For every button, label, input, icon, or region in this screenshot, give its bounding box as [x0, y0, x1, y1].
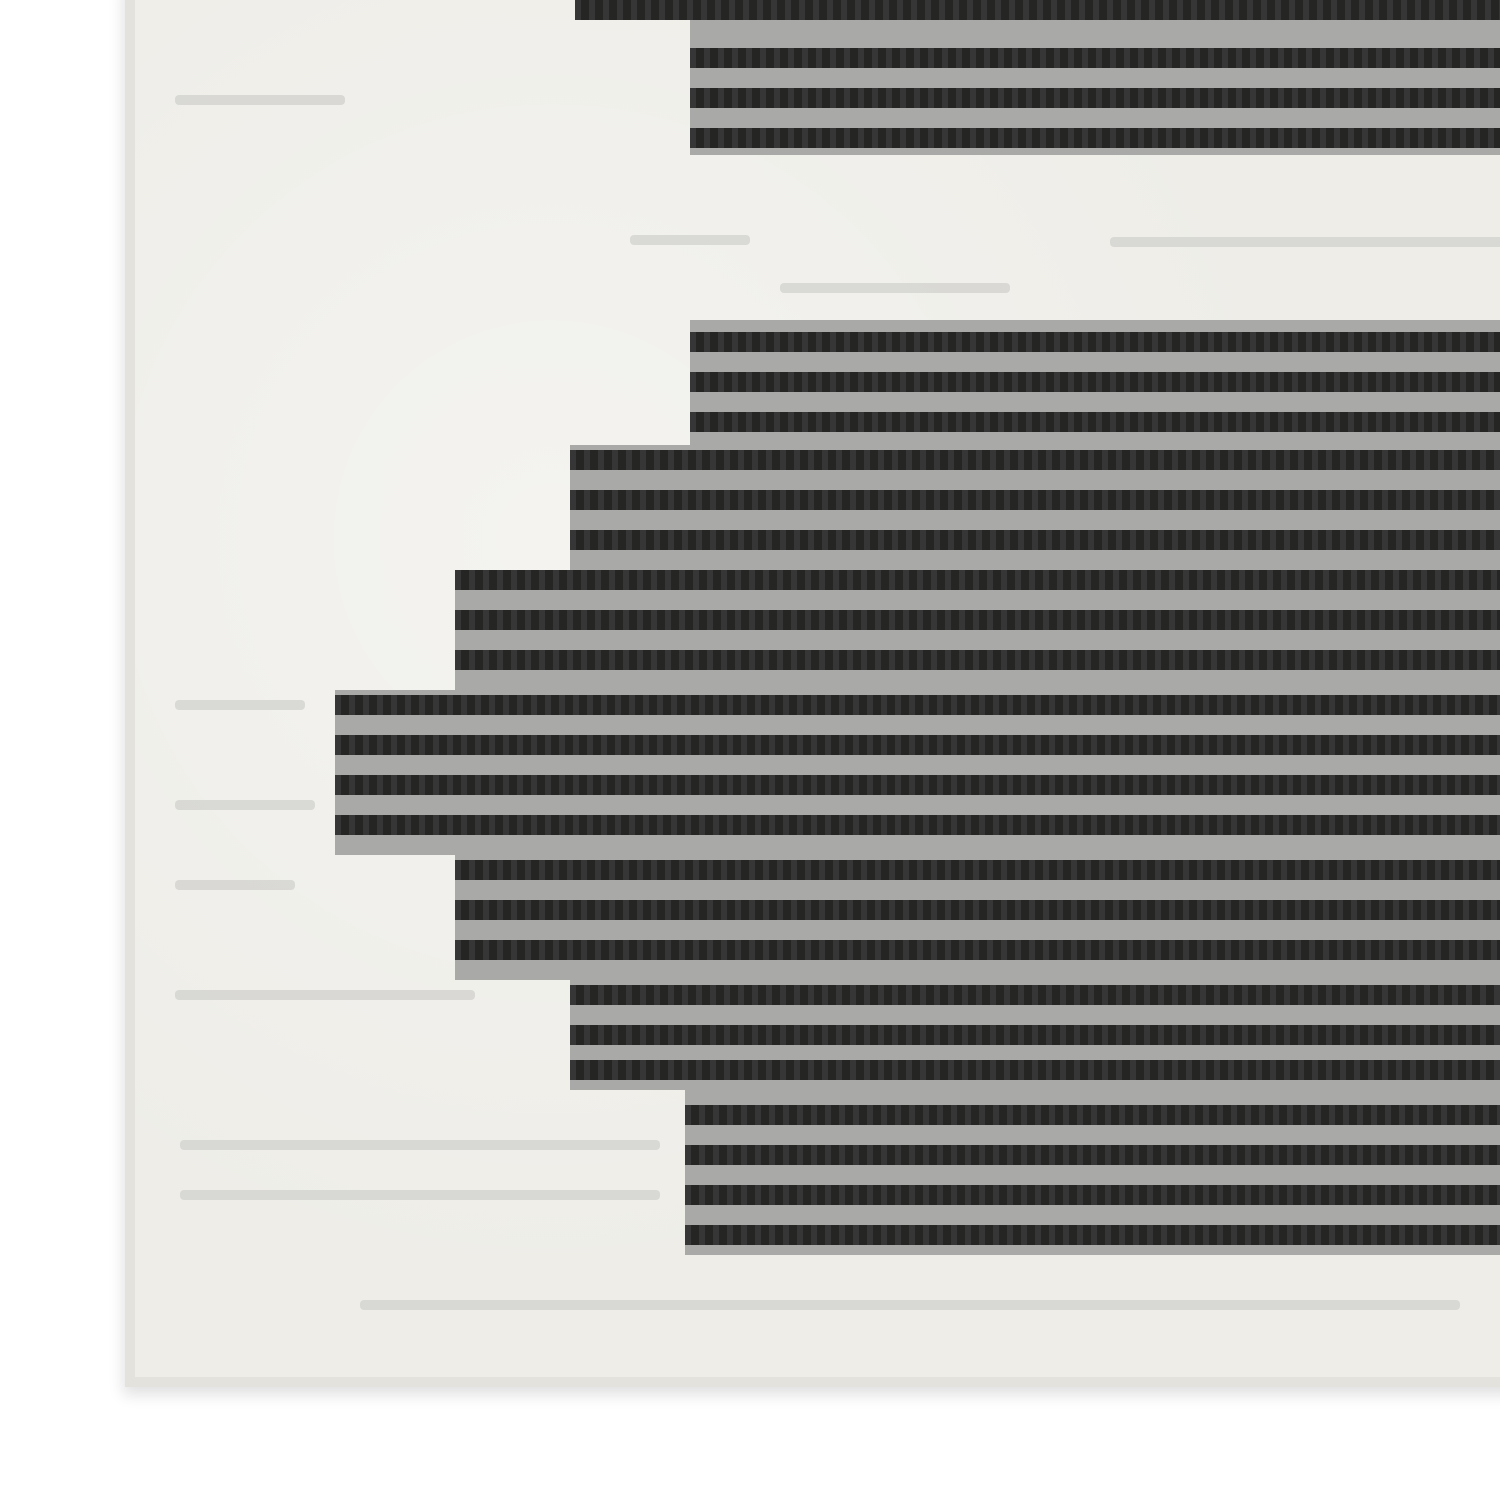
faint-mark: [175, 95, 345, 105]
faint-mark: [175, 880, 295, 890]
black-stripe: [575, 0, 1500, 20]
black-stripe: [335, 735, 1500, 755]
faint-mark: [180, 1140, 660, 1150]
black-stripe: [690, 128, 1500, 148]
black-stripe: [570, 1025, 1500, 1045]
black-stripe: [570, 490, 1500, 510]
black-stripe: [690, 48, 1500, 68]
black-stripe: [455, 860, 1500, 880]
faint-mark: [175, 800, 315, 810]
faint-mark: [175, 700, 305, 710]
stripe-block: [690, 20, 1500, 155]
black-stripe: [685, 1145, 1500, 1165]
stripe-block: [455, 570, 1500, 690]
black-stripe: [690, 332, 1500, 352]
stripe-block: [690, 320, 1500, 445]
black-stripe: [335, 815, 1500, 835]
black-stripe: [690, 412, 1500, 432]
black-stripe: [570, 985, 1500, 1005]
stripe-block: [685, 1090, 1500, 1255]
black-stripe: [685, 1105, 1500, 1125]
black-stripe: [690, 372, 1500, 392]
black-stripe: [455, 610, 1500, 630]
black-stripe: [685, 1185, 1500, 1205]
black-stripe: [690, 88, 1500, 108]
black-stripe: [685, 1225, 1500, 1245]
black-stripe: [455, 940, 1500, 960]
faint-mark: [1110, 237, 1500, 247]
black-stripe: [455, 900, 1500, 920]
stripe-block: [335, 690, 1500, 855]
faint-mark: [630, 235, 750, 245]
black-stripe: [455, 570, 1500, 590]
rug: [125, 0, 1500, 1387]
stripe-block: [570, 980, 1500, 1090]
stripe-block: [455, 855, 1500, 980]
stripe-block: [575, 0, 1500, 20]
stripe-block: [570, 445, 1500, 570]
black-stripe: [335, 695, 1500, 715]
faint-mark: [175, 990, 475, 1000]
black-stripe: [455, 650, 1500, 670]
black-stripe: [570, 1060, 1500, 1080]
faint-mark: [180, 1190, 660, 1200]
black-stripe: [570, 530, 1500, 550]
faint-mark: [360, 1300, 1460, 1310]
black-stripe: [335, 775, 1500, 795]
faint-mark: [780, 283, 1010, 293]
black-stripe: [570, 450, 1500, 470]
